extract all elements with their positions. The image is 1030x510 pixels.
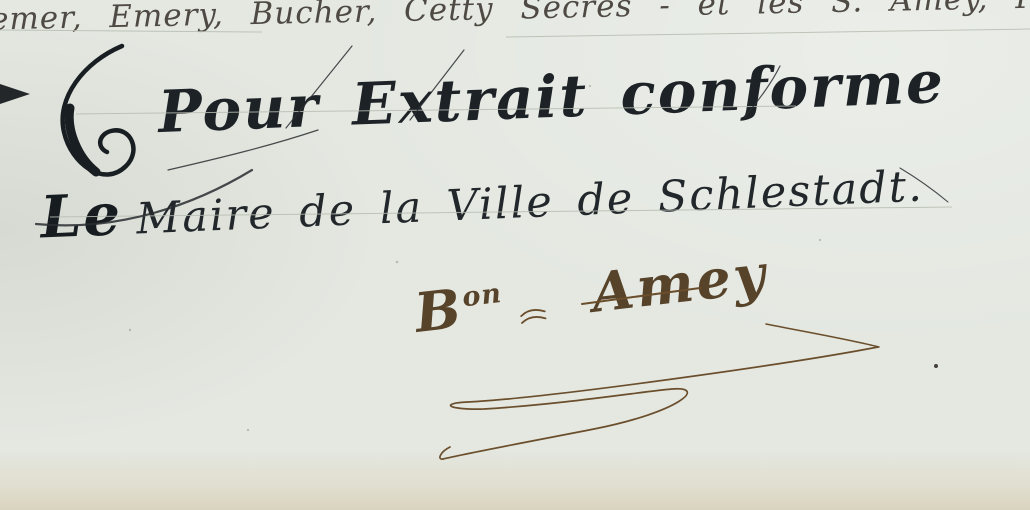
edge-ink-mark (0, 84, 30, 104)
signature-paraph (440, 347, 878, 459)
rule-line (0, 30, 262, 32)
office-line-rest: Maire de la Ville de Schlestadt. (135, 162, 924, 245)
office-line: LeMaire de la Ville de Schlestadt. (39, 152, 924, 247)
rule-lines (0, 29, 1030, 217)
hairline-stroke (168, 130, 318, 170)
initial-flourish (63, 46, 134, 175)
hairline-strokes (36, 46, 948, 225)
hairline-stroke (36, 170, 252, 225)
certification-line: Pour Extrait conforme (157, 53, 946, 141)
hairline-stroke (744, 66, 780, 118)
hairline-stroke (900, 168, 948, 202)
signature-superscript: on (461, 278, 504, 313)
signature-flourish (440, 288, 879, 459)
top-partial-line: emer, Emery, Bucher, Cetty Secrés - et l… (0, 0, 1030, 36)
hairline-stroke (286, 46, 352, 128)
hairline-stroke (410, 50, 464, 120)
rule-line (50, 207, 952, 217)
signature-squiggle-icon (517, 305, 549, 328)
paper-specks (129, 85, 821, 431)
signature-strikethrough (582, 288, 700, 304)
ink-dot (934, 364, 938, 368)
signature-initial: B (412, 276, 468, 345)
office-line-lead: Le (39, 180, 123, 251)
rule-line (76, 106, 796, 114)
rule-line (506, 29, 1030, 37)
signature-tail (766, 324, 879, 347)
document-page: emer, Emery, Bucher, Cetty Secrés - et l… (0, 0, 1030, 510)
ink-flourish-overlay (0, 0, 1030, 510)
signature-name: Amey (588, 241, 771, 325)
signature: Bon Amey (412, 246, 771, 340)
